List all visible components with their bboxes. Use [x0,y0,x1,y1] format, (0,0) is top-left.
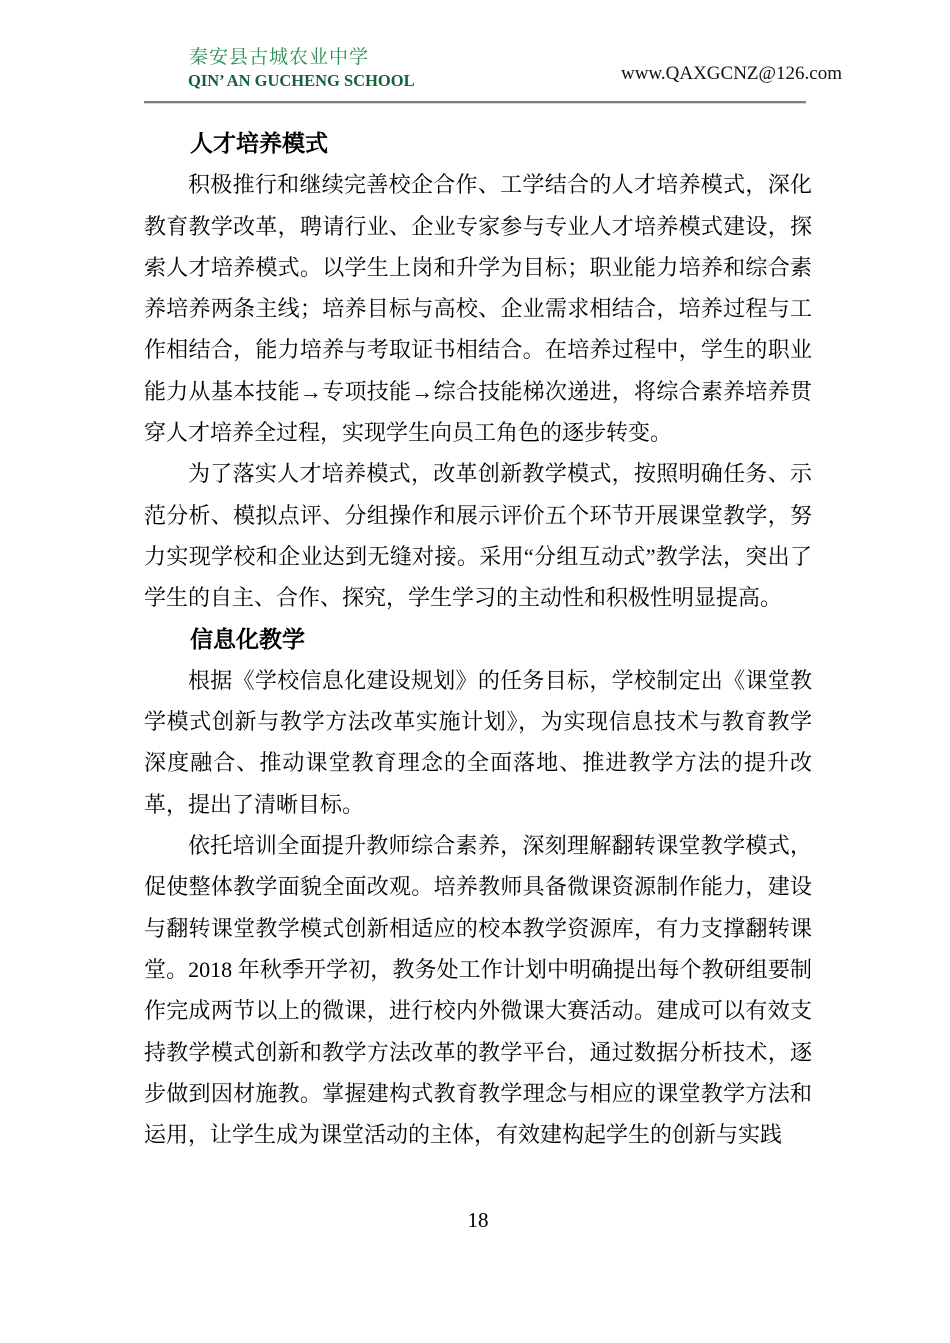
paragraph-talent-training-1: 积极推行和继续完善校企合作、工学结合的人才培养模式，深化教育教学改革，聘请行业、… [144,164,812,453]
school-letterhead: 秦安县古城农业中学 QIN’ AN GUCHENG SCHOOL [188,46,370,91]
document-body: 人才培养模式 积极推行和继续完善校企合作、工学结合的人才培养模式，深化教育教学改… [144,123,812,1155]
document-page: 秦安县古城农业中学 QIN’ AN GUCHENG SCHOOL www.QAX… [0,0,950,1343]
page-footer: 18 [144,1208,812,1233]
school-name-english: QIN’ AN GUCHENG SCHOOL [188,70,370,91]
header-divider-rule [144,101,806,104]
paragraph-informatization-1: 根据《学校信息化建设规划》的任务目标，学校制定出《课堂教学模式创新与教学方法改革… [144,660,812,825]
section-heading-informatization-teaching: 信息化教学 [144,619,812,660]
paragraph-talent-training-2: 为了落实人才培养模式，改革创新教学模式，按照明确任务、示范分析、模拟点评、分组操… [144,453,812,618]
school-name-chinese: 秦安县古城农业中学 [188,46,370,70]
header-contact-email: www.QAXGCNZ@126.com [621,63,842,85]
paragraph-informatization-2: 依托培训全面提升教师综合素养，深刻理解翻转课堂教学模式，促使整体教学面貌全面改观… [144,825,812,1155]
section-heading-talent-training-model: 人才培养模式 [144,123,812,164]
page-number: 18 [468,1208,489,1232]
